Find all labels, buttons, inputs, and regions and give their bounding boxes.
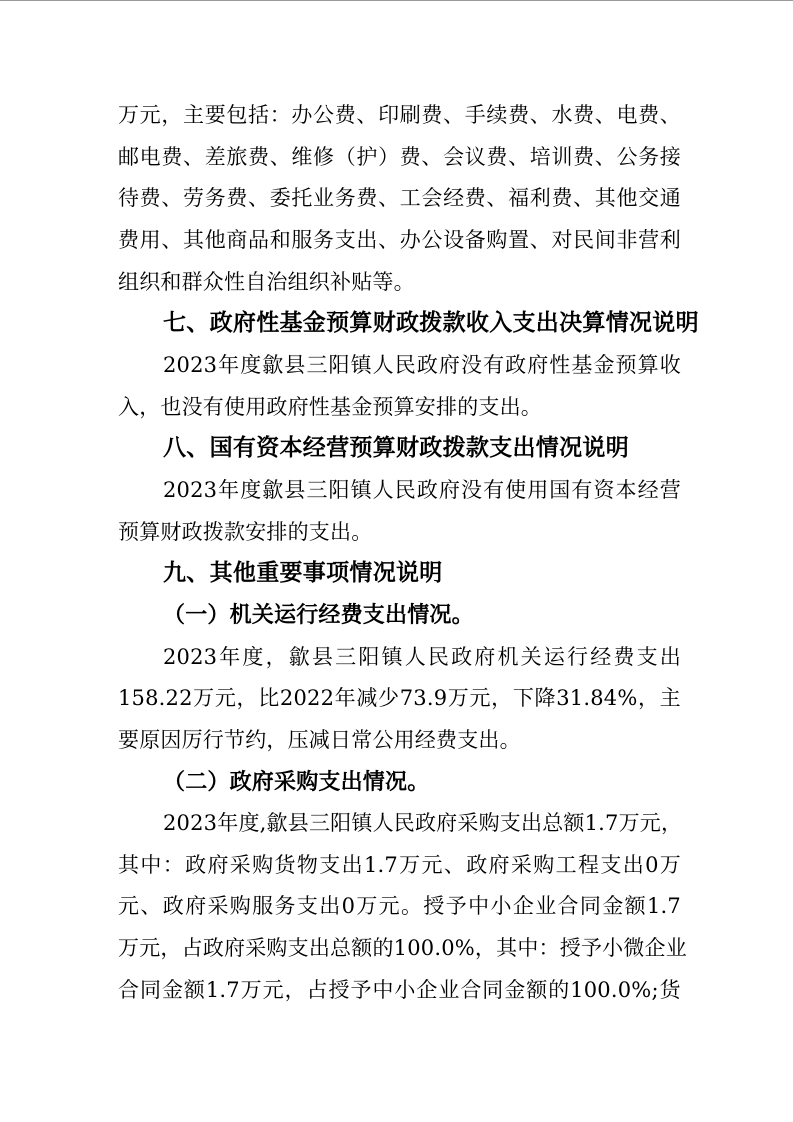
section-heading: 八、国有资本经营预算财政拨款支出情况说明	[118, 428, 681, 470]
document-line: 待费、劳务费、委托业务费、工会经费、福利费、其他交通	[118, 178, 681, 220]
sub-heading: （二）政府采购支出情况。	[118, 762, 681, 804]
document-page: 万元，主要包括：办公费、印刷费、手续费、水费、电费、邮电费、差旅费、维修（护）费…	[0, 0, 793, 1122]
document-line: 预算财政拨款安排的支出。	[118, 512, 681, 554]
document-line: 158.22万元，比2022年减少73.9万元，下降31.84%，主	[118, 678, 681, 720]
document-line: 2023年度歙县三阳镇人民政府没有政府性基金预算收	[118, 345, 681, 387]
document-line: 要原因厉行节约，压减日常公用经费支出。	[118, 720, 681, 762]
document-line: 元、政府采购服务支出0万元。授予中小企业合同金额1.7	[118, 886, 681, 928]
document-line: 2023年度,歙县三阳镇人民政府采购支出总额1.7万元，	[118, 803, 681, 845]
document-line: 万元，主要包括：办公费、印刷费、手续费、水费、电费、	[118, 95, 681, 137]
page-top-edge	[0, 0, 793, 1]
sub-heading: （一）机关运行经费支出情况。	[118, 595, 681, 637]
section-heading: 九、其他重要事项情况说明	[118, 553, 681, 595]
document-line: 万元，占政府采购支出总额的100.0%，其中：授予小微企业	[118, 928, 681, 970]
document-line: 2023年度歙县三阳镇人民政府没有使用国有资本经营	[118, 470, 681, 512]
document-content: 万元，主要包括：办公费、印刷费、手续费、水费、电费、邮电费、差旅费、维修（护）费…	[118, 95, 681, 1011]
document-line: 合同金额1.7万元，占授予中小企业合同金额的100.0%;货	[118, 970, 681, 1012]
document-line: 费用、其他商品和服务支出、办公设备购置、对民间非营利	[118, 220, 681, 262]
document-line: 入，也没有使用政府性基金预算安排的支出。	[118, 387, 681, 429]
document-line: 2023年度，歙县三阳镇人民政府机关运行经费支出	[118, 637, 681, 679]
document-line: 其中：政府采购货物支出1.7万元、政府采购工程支出0万	[118, 845, 681, 887]
document-line: 邮电费、差旅费、维修（护）费、会议费、培训费、公务接	[118, 137, 681, 179]
document-line: 组织和群众性自治组织补贴等。	[118, 262, 681, 304]
section-heading: 七、政府性基金预算财政拨款收入支出决算情况说明	[118, 303, 681, 345]
